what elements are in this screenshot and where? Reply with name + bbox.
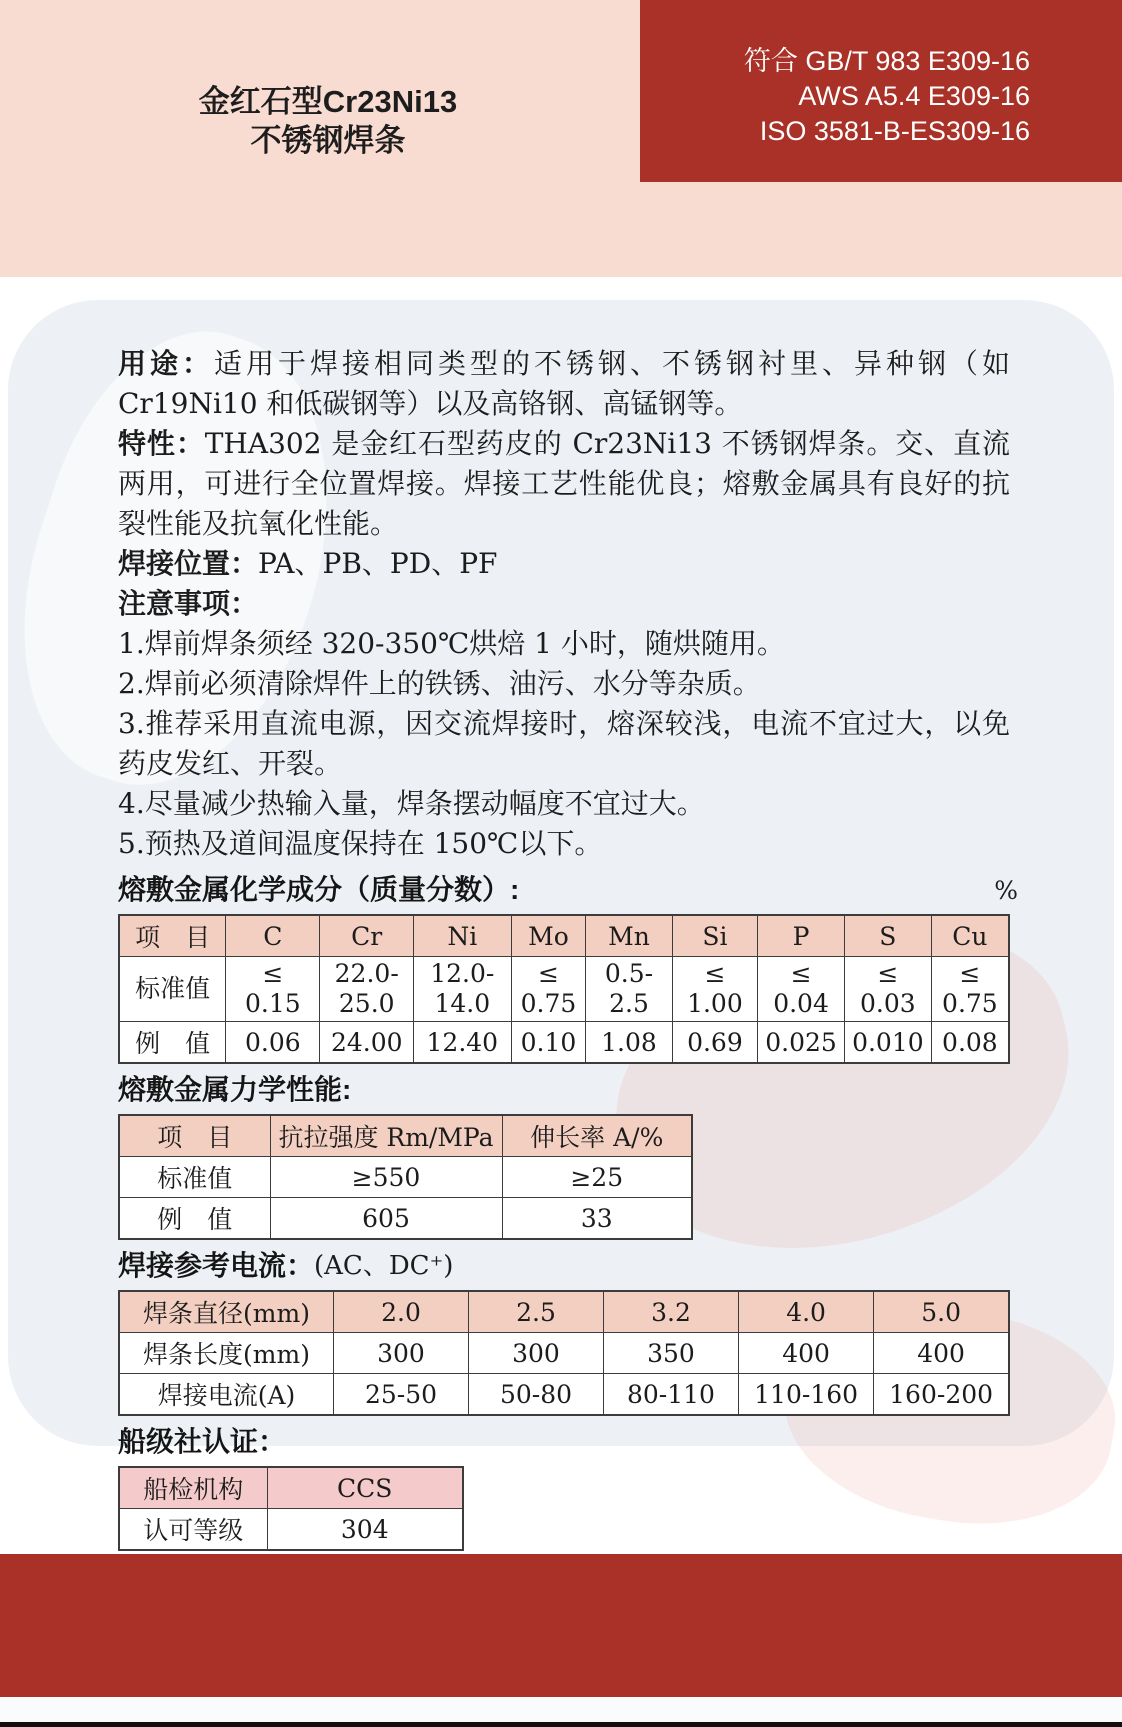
chem-cell: ≤ 1.00 [672,957,757,1022]
paragraph-label: 焊接位置： [118,548,258,579]
chem-header-cell: Mn [586,915,672,957]
chem-cell: ≤ 0.75 [511,957,586,1022]
chem-cell: 0.08 [931,1022,1009,1064]
cert-authority-row: 船检机构 CCS [119,1467,463,1509]
chem-section-header: 熔敷金属化学成分（质量分数）: % [118,872,1018,908]
footer-red-bar [0,1554,1122,1697]
chem-header-cell: Si [672,915,757,957]
cert-table: 船检机构 CCS 认可等级 304 [118,1466,464,1551]
standard-line: 符合 GB/T 983 E309-16 [640,44,1030,79]
mech-header-cell: 伸长率 A/% [502,1115,692,1157]
chem-cell: ≤ 0.75 [931,957,1009,1022]
chem-row-label: 例 值 [119,1022,226,1064]
chem-cell: 0.69 [672,1022,757,1064]
paragraph-text: THA302 是金红石型药皮的 Cr23Ni13 不锈钢焊条。交、直流两用，可进… [118,427,1010,540]
current-cell: 350 [603,1333,738,1374]
content-card: 用途：适用于焊接相同类型的不锈钢、不锈钢衬里、异种钢（如 Cr19Ni10 和低… [8,300,1114,1446]
chem-cell: 0.10 [511,1022,586,1064]
cert-grade-row: 认可等级 304 [119,1509,463,1551]
note-line: 3.推荐采用直流电源，因交流焊接时，熔深较浅，电流不宜过大，以免药皮发红、开裂。 [118,704,1010,784]
cert-cell: CCS [267,1467,463,1509]
chem-header-cell: C [226,915,320,957]
cert-cell: 304 [267,1509,463,1551]
current-cell: 50-80 [468,1374,603,1416]
chem-cell: ≤ 0.15 [226,957,320,1022]
product-title: 金红石型Cr23Ni13 不锈钢焊条 [128,82,528,160]
mech-cell: 605 [270,1198,502,1240]
current-table: 焊条直径(mm) 2.0 2.5 3.2 4.0 5.0 焊条长度(mm) 30… [118,1290,1010,1416]
current-cell: 400 [738,1333,873,1374]
current-header-cell: 4.0 [738,1291,873,1333]
product-title-line2: 不锈钢焊条 [128,121,528,160]
mech-row-label: 例 值 [119,1198,270,1240]
note-line: 2.焊前必须清除焊件上的铁锈、油污、水分等杂质。 [118,664,1010,704]
chem-row-label: 标准值 [119,957,226,1022]
mech-section-header: 熔敷金属力学性能: [118,1072,1018,1108]
current-header-row: 焊条直径(mm) 2.0 2.5 3.2 4.0 5.0 [119,1291,1009,1333]
current-row-label: 焊条长度(mm) [119,1333,333,1374]
mech-cell: ≥25 [502,1157,692,1198]
cert-section-title: 船级社认证： [118,1424,286,1460]
paragraph-usage: 用途：适用于焊接相同类型的不锈钢、不锈钢衬里、异种钢（如 Cr19Ni10 和低… [118,344,1010,424]
chem-header-cell: 项 目 [119,915,226,957]
chem-cell: 0.025 [758,1022,845,1064]
mech-section-title: 熔敷金属力学性能: [118,1072,351,1108]
footer-light-strip [0,1697,1122,1722]
mech-row-label: 标准值 [119,1157,270,1198]
chem-cell: 0.010 [844,1022,931,1064]
chem-cell: 22.0- 25.0 [320,957,414,1022]
datasheet-page: 金红石型Cr23Ni13 不锈钢焊条 符合 GB/T 983 E309-16 A… [0,0,1122,1727]
standard-line: ISO 3581-B-ES309-16 [640,114,1030,149]
mech-table: 项 目 抗拉强度 Rm/MPa 伸长率 A/% 标准值 ≥550 ≥25 例 值… [118,1114,693,1240]
mech-header-cell: 项 目 [119,1115,270,1157]
note-line: 1.焊前焊条须经 320-350℃烘焙 1 小时，随烘随用。 [118,624,1010,664]
chem-header-cell: Cu [931,915,1009,957]
chem-example-row: 例 值 0.06 24.00 12.40 0.10 1.08 0.69 0.02… [119,1022,1009,1064]
mech-standard-row: 标准值 ≥550 ≥25 [119,1157,692,1198]
current-cell: 300 [468,1333,603,1374]
current-header-cell: 2.5 [468,1291,603,1333]
chem-cell: 1.08 [586,1022,672,1064]
current-length-row: 焊条长度(mm) 300 300 350 400 400 [119,1333,1009,1374]
mech-cell: 33 [502,1198,692,1240]
current-section-subtitle: (AC、DC⁺) [314,1248,453,1284]
standard-line: AWS A5.4 E309-16 [640,79,1030,114]
paragraph-precautions: 注意事项： [118,584,1010,624]
paragraph-label: 注意事项： [118,588,258,619]
mech-header-cell: 抗拉强度 Rm/MPa [270,1115,502,1157]
standards-box: 符合 GB/T 983 E309-16 AWS A5.4 E309-16 ISO… [640,0,1122,182]
cert-section-header: 船级社认证： [118,1424,1018,1460]
chem-cell: ≤ 0.04 [758,957,845,1022]
product-title-line1: 金红石型Cr23Ni13 [128,82,528,121]
chem-cell: 24.00 [320,1022,414,1064]
current-cell: 25-50 [333,1374,468,1416]
current-cell: 160-200 [874,1374,1009,1416]
paragraph-positions: 焊接位置：PA、PB、PD、PF [118,544,1010,584]
chem-unit-label: % [994,874,1018,908]
mech-header-row: 项 目 抗拉强度 Rm/MPa 伸长率 A/% [119,1115,692,1157]
current-section-header: 焊接参考电流： (AC、DC⁺) [118,1248,1018,1284]
note-line: 5.预热及道间温度保持在 150℃以下。 [118,824,1010,864]
current-header-cell: 焊条直径(mm) [119,1291,333,1333]
current-header-cell: 3.2 [603,1291,738,1333]
chem-header-cell: Ni [414,915,512,957]
note-line: 4.尽量减少热输入量，焊条摆动幅度不宜过大。 [118,784,1010,824]
chem-header-cell: Mo [511,915,586,957]
cert-row-label: 船检机构 [119,1467,267,1509]
card-content: 用途：适用于焊接相同类型的不锈钢、不锈钢衬里、异种钢（如 Cr19Ni10 和低… [8,300,1114,1551]
chem-cell: 12.0- 14.0 [414,957,512,1022]
mech-example-row: 例 值 605 33 [119,1198,692,1240]
paragraph-label: 用途： [118,348,214,379]
chem-header-cell: Cr [320,915,414,957]
current-header-cell: 2.0 [333,1291,468,1333]
paragraph-text: PA、PB、PD、PF [258,547,497,580]
current-header-cell: 5.0 [874,1291,1009,1333]
current-amp-row: 焊接电流(A) 25-50 50-80 80-110 110-160 160-2… [119,1374,1009,1416]
chem-cell: 12.40 [414,1022,512,1064]
chem-cell: 0.5- 2.5 [586,957,672,1022]
current-row-label: 焊接电流(A) [119,1374,333,1416]
paragraph-text: 适用于焊接相同类型的不锈钢、不锈钢衬里、异种钢（如 Cr19Ni10 和低碳钢等… [118,347,1010,420]
mech-cell: ≥550 [270,1157,502,1198]
current-cell: 110-160 [738,1374,873,1416]
chem-header-cell: P [758,915,845,957]
paragraph-label: 特性： [118,428,205,459]
cert-row-label: 认可等级 [119,1509,267,1551]
current-cell: 80-110 [603,1374,738,1416]
chem-cell: 0.06 [226,1022,320,1064]
chem-standard-row: 标准值 ≤ 0.15 22.0- 25.0 12.0- 14.0 ≤ 0.75 … [119,957,1009,1022]
current-section-title: 焊接参考电流： [118,1248,314,1284]
chem-section-title: 熔敷金属化学成分（质量分数）: [118,872,519,908]
footer-black-line [0,1722,1122,1727]
current-cell: 400 [874,1333,1009,1374]
current-cell: 300 [333,1333,468,1374]
paragraph-characteristics: 特性：THA302 是金红石型药皮的 Cr23Ni13 不锈钢焊条。交、直流两用… [118,424,1010,544]
chem-table: 项 目 C Cr Ni Mo Mn Si P S Cu 标准值 ≤ 0.15 2… [118,914,1010,1064]
header-band: 金红石型Cr23Ni13 不锈钢焊条 符合 GB/T 983 E309-16 A… [0,0,1122,277]
chem-cell: ≤ 0.03 [844,957,931,1022]
chem-header-row: 项 目 C Cr Ni Mo Mn Si P S Cu [119,915,1009,957]
chem-header-cell: S [844,915,931,957]
